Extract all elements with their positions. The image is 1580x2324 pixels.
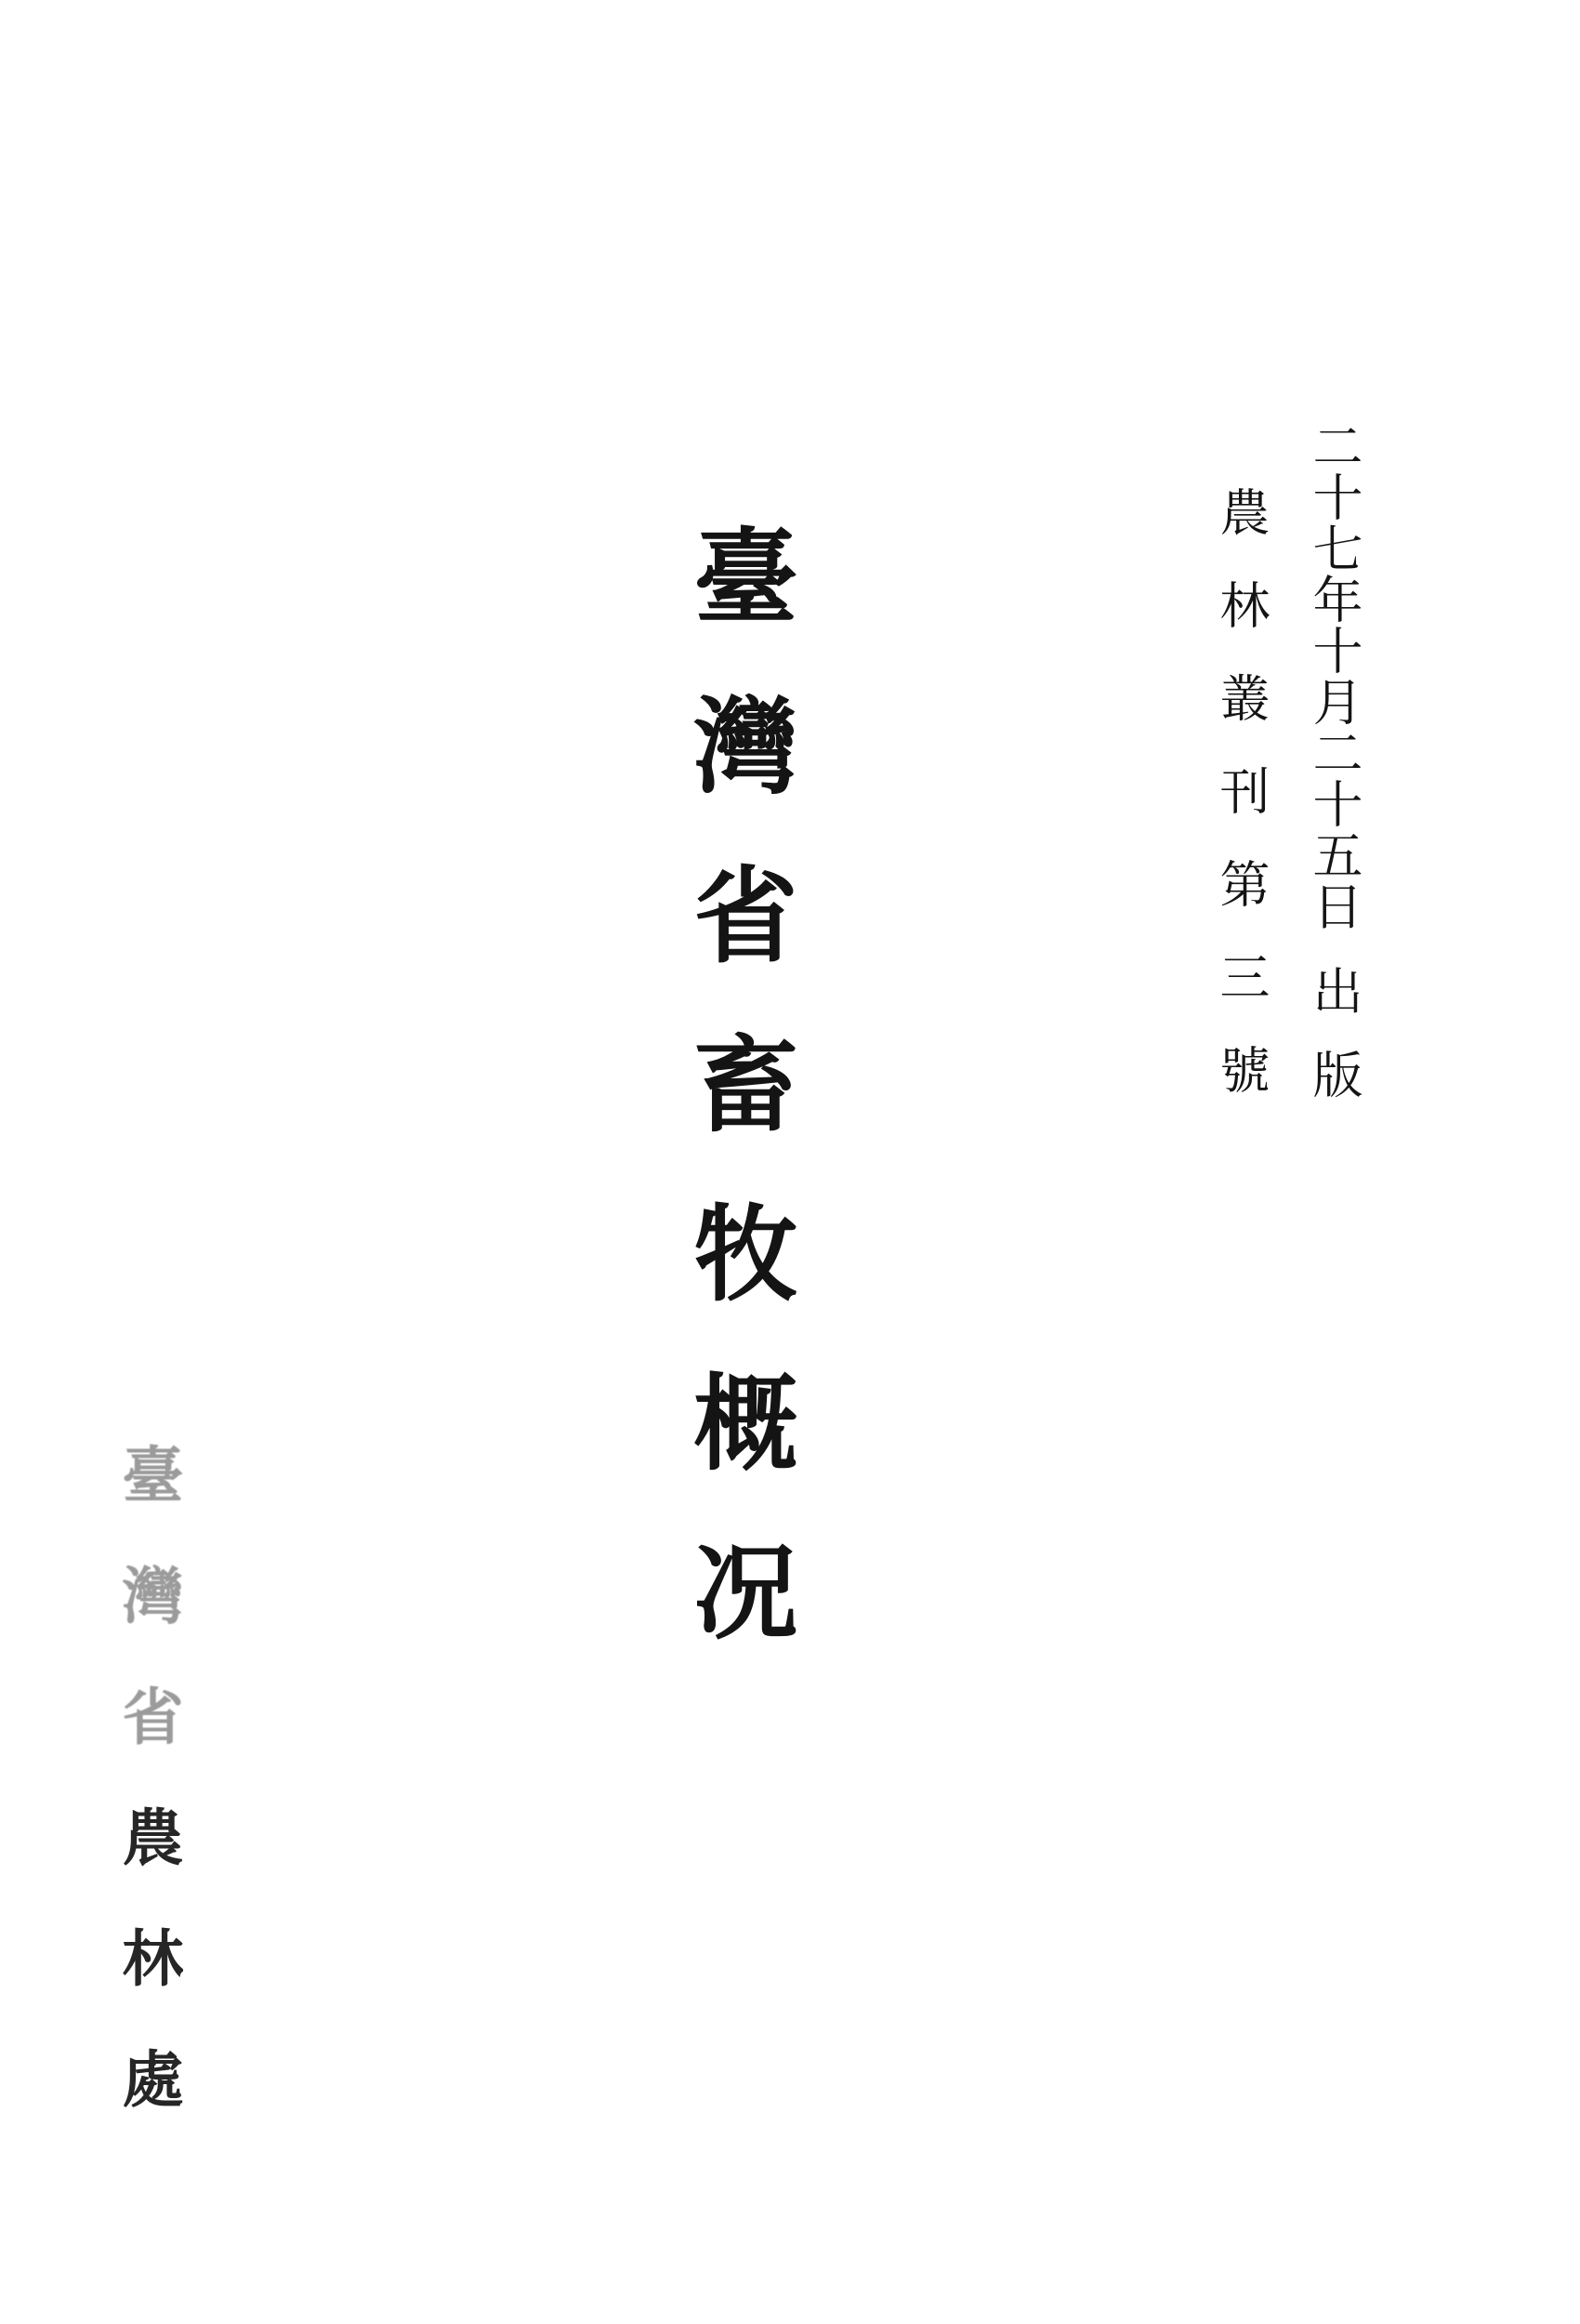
book-title: 臺灣省畜牧概况 <box>684 522 788 1707</box>
publication-date-column: 二十七年十月二十五日出版 <box>1309 420 1359 1132</box>
publisher-column: 臺灣省農林處 <box>115 1443 177 2168</box>
publication-date-text: 二十七年十月二十五日 <box>1306 420 1362 931</box>
publisher-prefix: 臺灣省 <box>112 1443 180 1805</box>
scanned-page: 二十七年十月二十五日出版 農林叢刊第三號 臺灣省畜牧概况 臺灣省農林處 <box>0 0 1580 2324</box>
series-issue-label: 農林叢刊第三號 <box>1216 486 1266 1137</box>
publish-label: 出版 <box>1306 965 1362 1132</box>
publisher-name: 農林處 <box>112 1805 180 2168</box>
